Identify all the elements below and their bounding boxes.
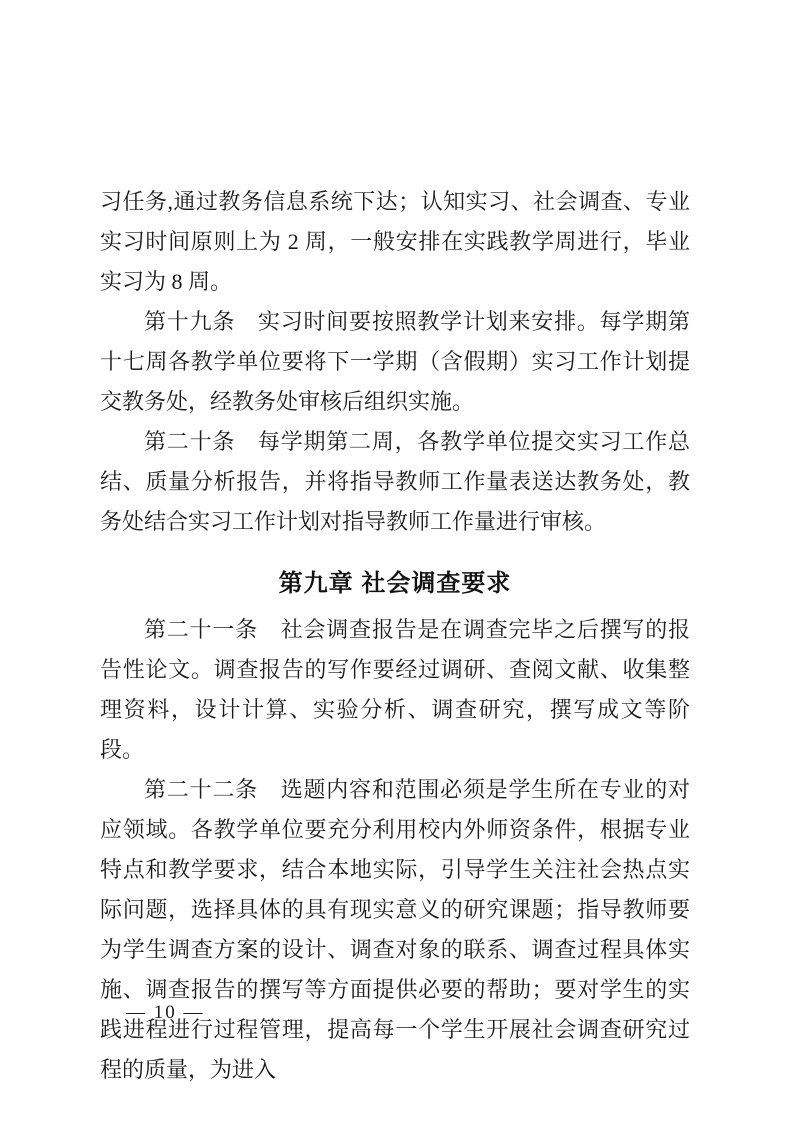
chapter-heading: 第九章 社会调查要求 — [100, 568, 690, 600]
paragraph-article-22: 第二十二条 选题内容和范围必须是学生所在专业的对应领域。各教学单位要充分利用校内… — [100, 770, 690, 1090]
page-number: — 10 — — [126, 1002, 205, 1024]
document-page: 习任务,通过教务信息系统下达；认知实习、社会调查、专业实习时间原则上为 2 周，… — [0, 0, 793, 1122]
document-body: 习任务,通过教务信息系统下达；认知实习、社会调查、专业实习时间原则上为 2 周，… — [100, 182, 690, 1090]
paragraph-article-21: 第二十一条 社会调查报告是在调查完毕之后撰写的报告性论文。调查报告的写作要经过调… — [100, 610, 690, 770]
paragraph-article-19: 第十九条 实习时间要按照教学计划来安排。每学期第十七周各教学单位要将下一学期（含… — [100, 302, 690, 422]
paragraph-article-20: 第二十条 每学期第二周，各教学单位提交实习工作总结、质量分析报告，并将指导教师工… — [100, 422, 690, 542]
paragraph-continuation: 习任务,通过教务信息系统下达；认知实习、社会调查、专业实习时间原则上为 2 周，… — [100, 182, 690, 302]
